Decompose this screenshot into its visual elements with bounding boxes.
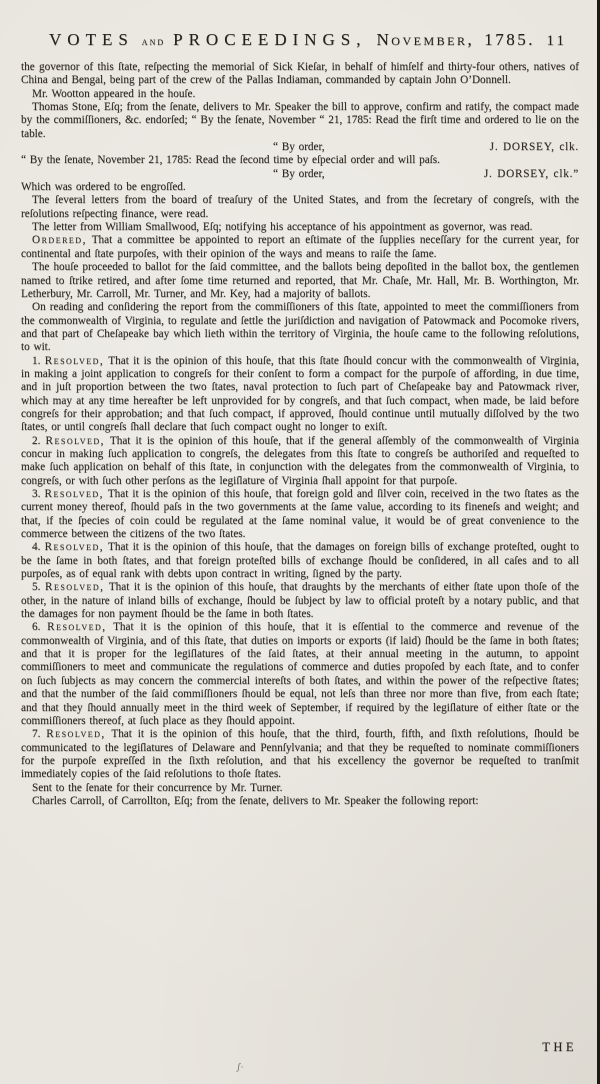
ink-blemish: ʃ· [236,1062,244,1074]
body-paragraph: Thomas Stone, Eſq; from the ſenate, deli… [21,101,579,141]
resolution-paragraph: 6. Resolved, That it is the opinion of t… [21,621,579,728]
paragraph-lead-smallcaps: Resolved, [47,621,106,633]
body-paragraph: Sent to the ſenate for their concurrence… [21,782,579,795]
body-paragraph: Which was ordered to be engroſſed. [21,181,579,194]
body-paragraph: Charles Carroll, of Carrollton, Eſq; fro… [21,795,579,808]
body-paragraph: The houſe proceeded to ballot for the ſa… [21,261,579,301]
body-paragraph: Ordered, That a committee be appointed t… [21,234,579,261]
resolution-paragraph: 1. Resolved, That it is the opinion of t… [21,355,579,435]
body-paragraph: “ By the ſenate, November 21, 1785: Read… [21,154,579,167]
resolution-number: 4. [32,541,45,553]
document-page: VOTES and PROCEEDINGS, November, 1785. 1… [0,0,600,1084]
body-paragraph: the governor of this ſtate, reſpecting t… [21,61,579,88]
body-paragraph: On reading and conſidering the report fr… [21,301,579,354]
resolution-number: 3. [32,488,44,500]
page-number: 11 [547,33,567,50]
body-paragraph: The ſeveral letters from the board of tr… [21,194,579,221]
page-header: VOTES and PROCEEDINGS, November, 1785. [24,30,560,50]
resolution-paragraph: 2. Resolved, That it is the opinion of t… [21,435,579,488]
attribution-by-order: “ By order, [273,168,325,181]
resolution-number: 7. [32,728,46,740]
header-proceedings: PROCEEDINGS, [173,30,366,49]
attribution-clerk-name: J. DORSEY, clk.” [484,168,579,181]
header-year: 1785. [484,30,535,49]
document-body: the governor of this ſtate, reſpecting t… [21,61,579,808]
paragraph-lead-smallcaps: Resolved, [44,488,103,500]
resolution-paragraph: 5. Resolved, That it is the opinion of t… [21,581,579,621]
clerk-attribution-line: “ By order,J. DORSEY, clk.” [21,168,579,181]
resolution-paragraph: 7. Resolved, That it is the opinion of t… [21,728,579,781]
clerk-attribution-line: “ By order,J. DORSEY, clk. [21,141,579,154]
resolution-number: 2. [32,435,46,447]
body-paragraph: Mr. Wootton appeared in the houſe. [21,88,579,101]
attribution-clerk-name: J. DORSEY, clk. [490,141,579,154]
header-and: and [142,36,165,48]
resolution-number: 6. [32,621,47,633]
resolution-number: 5. [32,581,45,593]
header-month: November, [377,30,475,49]
paragraph-lead-smallcaps: Resolved, [46,728,105,740]
paragraph-lead-smallcaps: Ordered, [32,234,87,246]
body-paragraph: The letter from William Smallwood, Eſq; … [21,221,579,234]
paragraph-lead-smallcaps: Resolved, [45,581,104,593]
attribution-by-order: “ By order, [273,141,325,154]
resolution-paragraph: 4. Resolved, That it is the opinion of t… [21,541,579,581]
catchword: THE [542,1040,577,1055]
resolution-number: 1. [32,355,45,367]
paragraph-lead-smallcaps: Resolved, [45,541,104,553]
resolution-paragraph: 3. Resolved, That it is the opinion of t… [21,488,579,541]
paragraph-lead-smallcaps: Resolved, [46,435,105,447]
paragraph-lead-smallcaps: Resolved, [45,355,104,367]
header-votes: VOTES [49,30,134,49]
